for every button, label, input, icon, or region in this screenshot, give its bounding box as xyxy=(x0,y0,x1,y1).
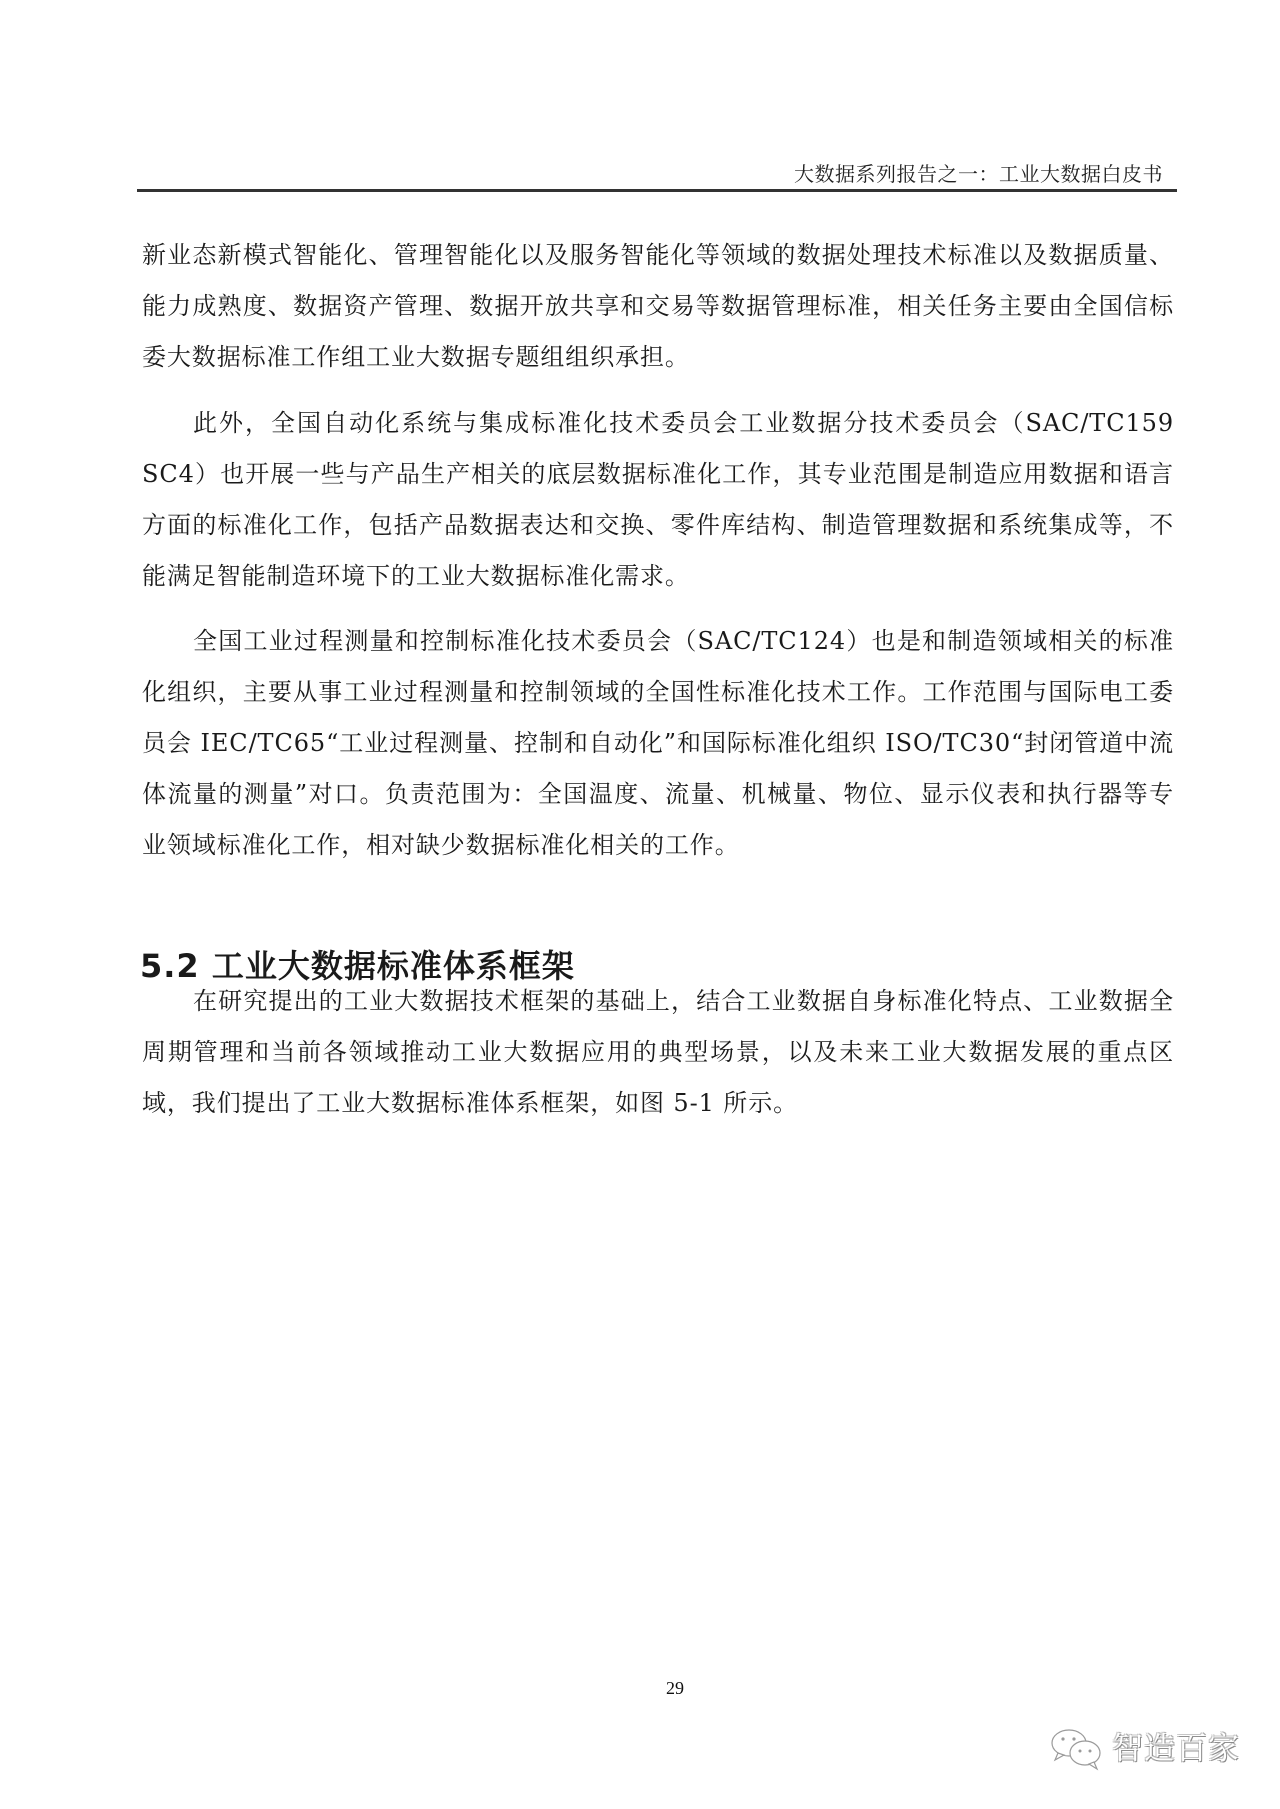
running-header: 大数据系列报告之一：工业大数据白皮书 xyxy=(794,160,1163,188)
paragraph: 新业态新模式智能化、管理智能化以及服务智能化等领域的数据处理技术标准以及数据质量… xyxy=(142,230,1174,383)
page-number: 29 xyxy=(666,1676,684,1700)
paragraph: 全国工业过程测量和控制标准化技术委员会（SAC/TC124）也是和制造领域相关的… xyxy=(142,616,1174,871)
paragraph: 在研究提出的工业大数据技术框架的基础上，结合工业数据自身标准化特点、工业数据全周… xyxy=(142,976,1174,1129)
paragraph: 此外，全国自动化系统与集成标准化技术委员会工业数据分技术委员会（SAC/TC15… xyxy=(142,398,1174,602)
paragraph-text: 此外，全国自动化系统与集成标准化技术委员会工业数据分技术委员会（SAC/TC15… xyxy=(142,398,1174,602)
paragraph-text: 全国工业过程测量和控制标准化技术委员会（SAC/TC124）也是和制造领域相关的… xyxy=(142,616,1174,871)
watermark: 智造百家 xyxy=(1050,1726,1240,1772)
header-divider xyxy=(137,189,1177,192)
paragraph-text: 新业态新模式智能化、管理智能化以及服务智能化等领域的数据处理技术标准以及数据质量… xyxy=(142,230,1174,383)
wechat-icon xyxy=(1050,1727,1104,1771)
paragraph-text: 在研究提出的工业大数据技术框架的基础上，结合工业数据自身标准化特点、工业数据全周… xyxy=(142,976,1174,1129)
watermark-text: 智造百家 xyxy=(1112,1729,1240,1769)
